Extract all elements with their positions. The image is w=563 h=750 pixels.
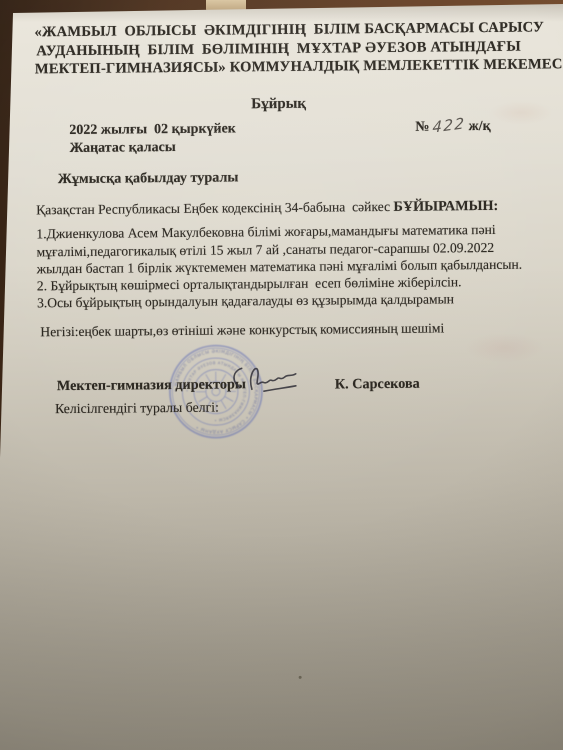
- doc-title: Бұйрық: [0, 93, 560, 115]
- paper-speck: [299, 676, 302, 679]
- doc-city: Жаңатас қаласы: [70, 140, 176, 157]
- signature: [228, 360, 323, 401]
- resolution-word: БҰЙЫРАМЫН:: [393, 198, 498, 215]
- document-content: «ЖАМБЫЛ ОБЛЫСЫ ӘКІМДІГІНІҢ БІЛІМ БАСҚАРМ…: [0, 0, 563, 750]
- paper-smudge: [489, 100, 553, 125]
- doc-subject: Жұмысқа қабылдау туралы: [58, 169, 239, 188]
- order-body: Қазақстан Республикасы Еңбек кодексінің …: [36, 197, 527, 312]
- paper-smudge: [464, 332, 544, 363]
- org-name-line-3: МЕКТЕП-ГИМНАЗИЯСЫ» КОММУНАЛДЫҚ МЕМЛЕКЕТТ…: [35, 56, 523, 79]
- doc-number-handwritten-value: 422: [432, 114, 466, 137]
- document-photo: «ЖАМБЫЛ ОБЛЫСЫ ӘКІМДІГІНІҢ БІЛІМ БАСҚАРМ…: [0, 0, 563, 750]
- doc-date: 2022 жылғы 02 қыркүйек: [69, 121, 236, 139]
- doc-number: №422ж/қ: [415, 116, 491, 136]
- paper-sheet: «ЖАМБЫЛ ОБЛЫСЫ ӘКІМДІГІНІҢ БІЛІМ БАСҚАРМ…: [0, 0, 563, 750]
- org-name: «ЖАМБЫЛ ОБЛЫСЫ ӘКІМДІГІНІҢ БІЛІМ БАСҚАРМ…: [34, 19, 523, 79]
- signer-name: К. Сарсекова: [335, 376, 420, 394]
- order-preamble-line: Қазақстан Республикасы Еңбек кодексінің …: [36, 197, 526, 220]
- agreement-note: Келісілгендігі туралы белгі:: [55, 400, 219, 418]
- basis-line: Негізі:еңбек шарты,өз өтініші және конку…: [40, 320, 444, 340]
- order-line: 3.Осы бұйрықтың орындалуын қадағалауды ө…: [37, 290, 527, 312]
- doc-number-prefix: №: [415, 120, 429, 135]
- doc-number-suffix: ж/қ: [469, 119, 491, 134]
- signer-title: Мектеп-гимназия директоры: [57, 376, 246, 395]
- order-preamble: Қазақстан Республикасы Еңбек кодексінің …: [36, 199, 393, 217]
